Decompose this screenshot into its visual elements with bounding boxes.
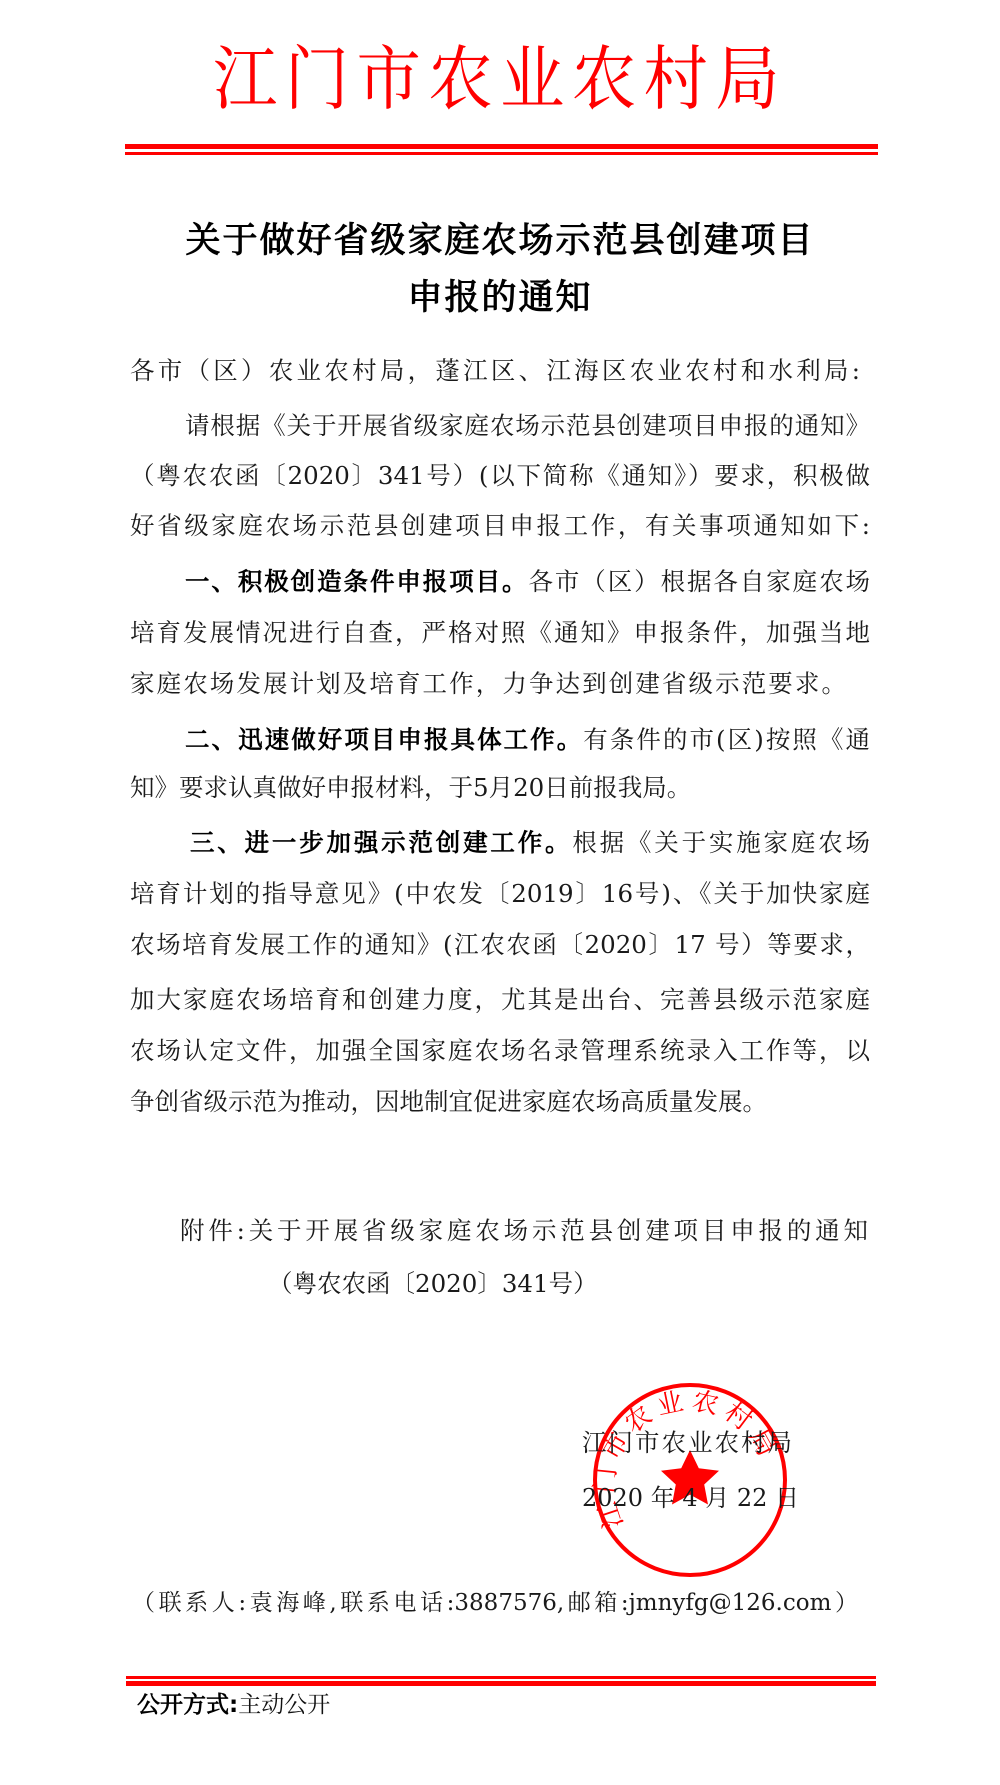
section-3-line-3: 农场培育发展工作的通知》(江农农函〔2020〕17 号）等要求， bbox=[130, 930, 870, 960]
section-3-line-5: 农场认定文件，加强全国家庭农场名录管理系统录入工作等，以 bbox=[130, 1036, 870, 1066]
attachment-line-1: 附件:关于开展省级家庭农场示范县创建项目申报的通知 bbox=[180, 1216, 868, 1246]
footer-rule-thick bbox=[126, 1681, 876, 1686]
signature-org: 江门市农业农村局 bbox=[582, 1428, 794, 1458]
contact-info: （联系人:袁海峰,联系电话:3887576,邮箱:jmnyfg@126.com） bbox=[132, 1588, 858, 1618]
document-title-line2: 申报的通知 bbox=[0, 277, 1000, 319]
disclosure-value: 主动公开 bbox=[238, 1692, 330, 1718]
section-2-text: 有条件的市(区)按照《通 bbox=[583, 725, 870, 754]
salutation: 各市（区）农业农村局，蓬江区、江海区农业农村和水利局: bbox=[130, 356, 860, 386]
footer-rule-thin bbox=[126, 1676, 876, 1679]
disclosure: 公开方式:主动公开 bbox=[137, 1690, 330, 1720]
section-3-text: 根据《关于实施家庭农场 bbox=[572, 828, 870, 857]
section-3-line-2: 培育计划的指导意见》(中农发〔2019〕16号)、《关于加快家庭 bbox=[130, 879, 870, 909]
disclosure-label: 公开方式: bbox=[137, 1692, 238, 1718]
attachment-label: 附件: bbox=[180, 1216, 245, 1245]
intro-line-2: （粤农农函〔2020〕341号）(以下简称《通知》）要求，积极做 bbox=[130, 461, 870, 491]
section-3-line-4: 加大家庭农场培育和创建力度，尤其是出台、完善县级示范家庭 bbox=[130, 985, 870, 1015]
letterhead-rule-thick bbox=[125, 144, 878, 149]
section-2-line-2: 知》要求认真做好申报材料，于5月20日前报我局。 bbox=[130, 773, 870, 803]
section-1-first-line: 一、积极创造条件申报项目。各市（区）根据各自家庭农场 bbox=[185, 567, 870, 597]
section-3-heading: 三、进一步加强示范创建工作。 bbox=[190, 828, 572, 857]
intro-line-1: 请根据《关于开展省级家庭农场示范县创建项目申报的通知》 bbox=[185, 411, 870, 441]
section-1-heading: 一、积极创造条件申报项目。 bbox=[185, 567, 528, 596]
letterhead-rule-thin bbox=[125, 152, 878, 155]
section-1-text: 各市（区）根据各自家庭农场 bbox=[528, 567, 870, 596]
intro-line-3: 好省级家庭农场示范县创建项目申报工作，有关事项通知如下: bbox=[130, 511, 870, 541]
document-title-line1: 关于做好省级家庭农场示范县创建项目 bbox=[0, 220, 1000, 262]
section-1-line-3: 家庭农场发展计划及培育工作，力争达到创建省级示范要求。 bbox=[130, 669, 846, 699]
attachment-title: 关于开展省级家庭农场示范县创建项目申报的通知 bbox=[245, 1216, 868, 1245]
official-seal: 江门市农业农村局 bbox=[590, 1380, 790, 1580]
section-2-heading: 二、迅速做好项目申报具体工作。 bbox=[185, 725, 583, 754]
section-1-line-2: 培育发展情况进行自查，严格对照《通知》申报条件，加强当地 bbox=[130, 618, 870, 648]
section-3-line-6: 争创省级示范为推动，因地制宜促进家庭农场高质量发展。 bbox=[130, 1087, 758, 1117]
section-2-first-line: 二、迅速做好项目申报具体工作。有条件的市(区)按照《通 bbox=[185, 725, 870, 755]
attachment-line-2: （粤农农函〔2020〕341号） bbox=[268, 1269, 588, 1299]
signature-date: 2020 年 4 月 22 日 bbox=[582, 1483, 799, 1513]
letterhead-issuer: 江门市农业农村局 bbox=[40, 36, 960, 122]
section-3-first-line: 三、进一步加强示范创建工作。根据《关于实施家庭农场 bbox=[190, 828, 870, 858]
